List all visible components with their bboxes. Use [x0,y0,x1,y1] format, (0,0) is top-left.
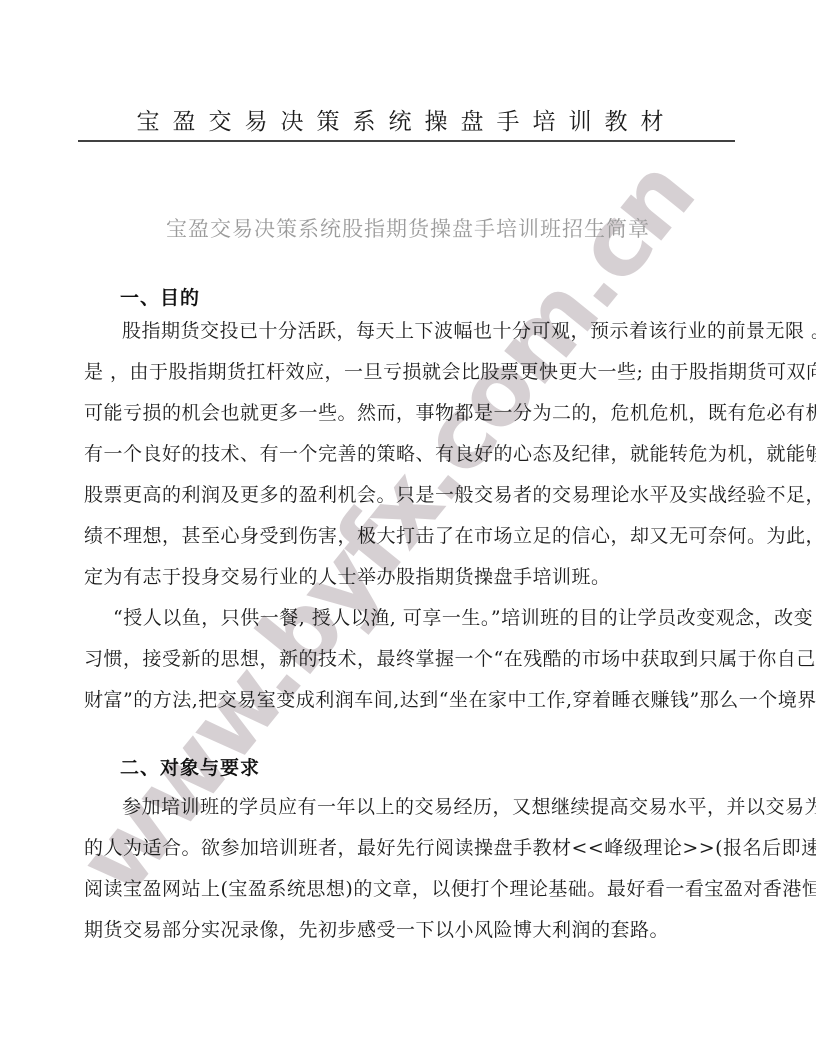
section-2-heading: 二、对象与要求 [120,753,260,780]
body-line: 有一个良好的技术、有一个完善的策略、有良好的心态及纪律，就能转危为机，就能够获得… [84,434,752,475]
header-rule [78,140,735,142]
body-line: 阅读宝盈网站上(宝盈系统思想)的文章，以便打个理论基础。最好看一看宝盈对香港恒生… [84,869,752,910]
document-content: 宝盈交易决策系统操盘手培训教材 宝盈交易决策系统股指期货操盘手培训班招生简章 一… [0,0,816,1056]
body-line: 的人为适合。欲参加培训班者，最好先行阅读操盘手教材<<峰级理论>>(报名后即速递… [84,828,752,869]
body-line: 定为有志于投身交易行业的人士举办股指期货操盘手培训班。 [84,557,752,598]
body-line: 股票更高的利润及更多的盈利机会。只是一般交易者的交易理论水平及实战经验不足，导致… [84,475,752,516]
section-2-body: 参加培训班的学员应有一年以上的交易经历，又想继续提高交易水平，并以交易为职业 的… [84,787,752,951]
document-header-title: 宝盈交易决策系统操盘手培训教材 [78,103,735,136]
document-page: www.byfx.com.cn 宝盈交易决策系统操盘手培训教材 宝盈交易决策系统… [0,0,816,1056]
body-line: “授人以鱼，只供一餐, 授人以渔, 可享一生。”培训班的目的让学员改变观念，改变 [84,598,752,639]
body-line: 参加培训班的学员应有一年以上的交易经历，又想继续提高交易水平，并以交易为职业 [84,787,752,828]
body-line: 财富”的方法,把交易室变成利润车间,达到“坐在家中工作,穿着睡衣赚钱”那么一个境… [84,680,752,721]
body-line: 习惯，接受新的思想，新的技术，最终掌握一个“在残酷的市场中获取到只属于你自己那部… [84,639,752,680]
doc-title: 宝盈交易决策系统股指期货操盘手培训班招生简章 [0,213,816,243]
section-1-heading: 一、目的 [120,283,200,310]
section-1-body: 股指期货交投已十分活跃，每天上下波幅也十分可观，预示着该行业的前景无限 。但 是… [84,311,752,721]
body-line: 股指期货交投已十分活跃，每天上下波幅也十分可观，预示着该行业的前景无限 。但 [84,311,752,352]
body-line: 绩不理想，甚至心身受到伤害，极大打击了在市场立足的信心，却又无可奈何。为此，我们… [84,516,752,557]
body-line: 是 ，由于股指期货扛杆效应，一旦亏损就会比股票更快更大一些; 由于股指期货可双向… [84,352,752,393]
body-line: 期货交易部分实况录像，先初步感受一下以小风险博大利润的套路。 [84,910,752,951]
body-line: 可能亏损的机会也就更多一些。然而，事物都是一分为二的，危机危机，既有危必有机。只… [84,393,752,434]
